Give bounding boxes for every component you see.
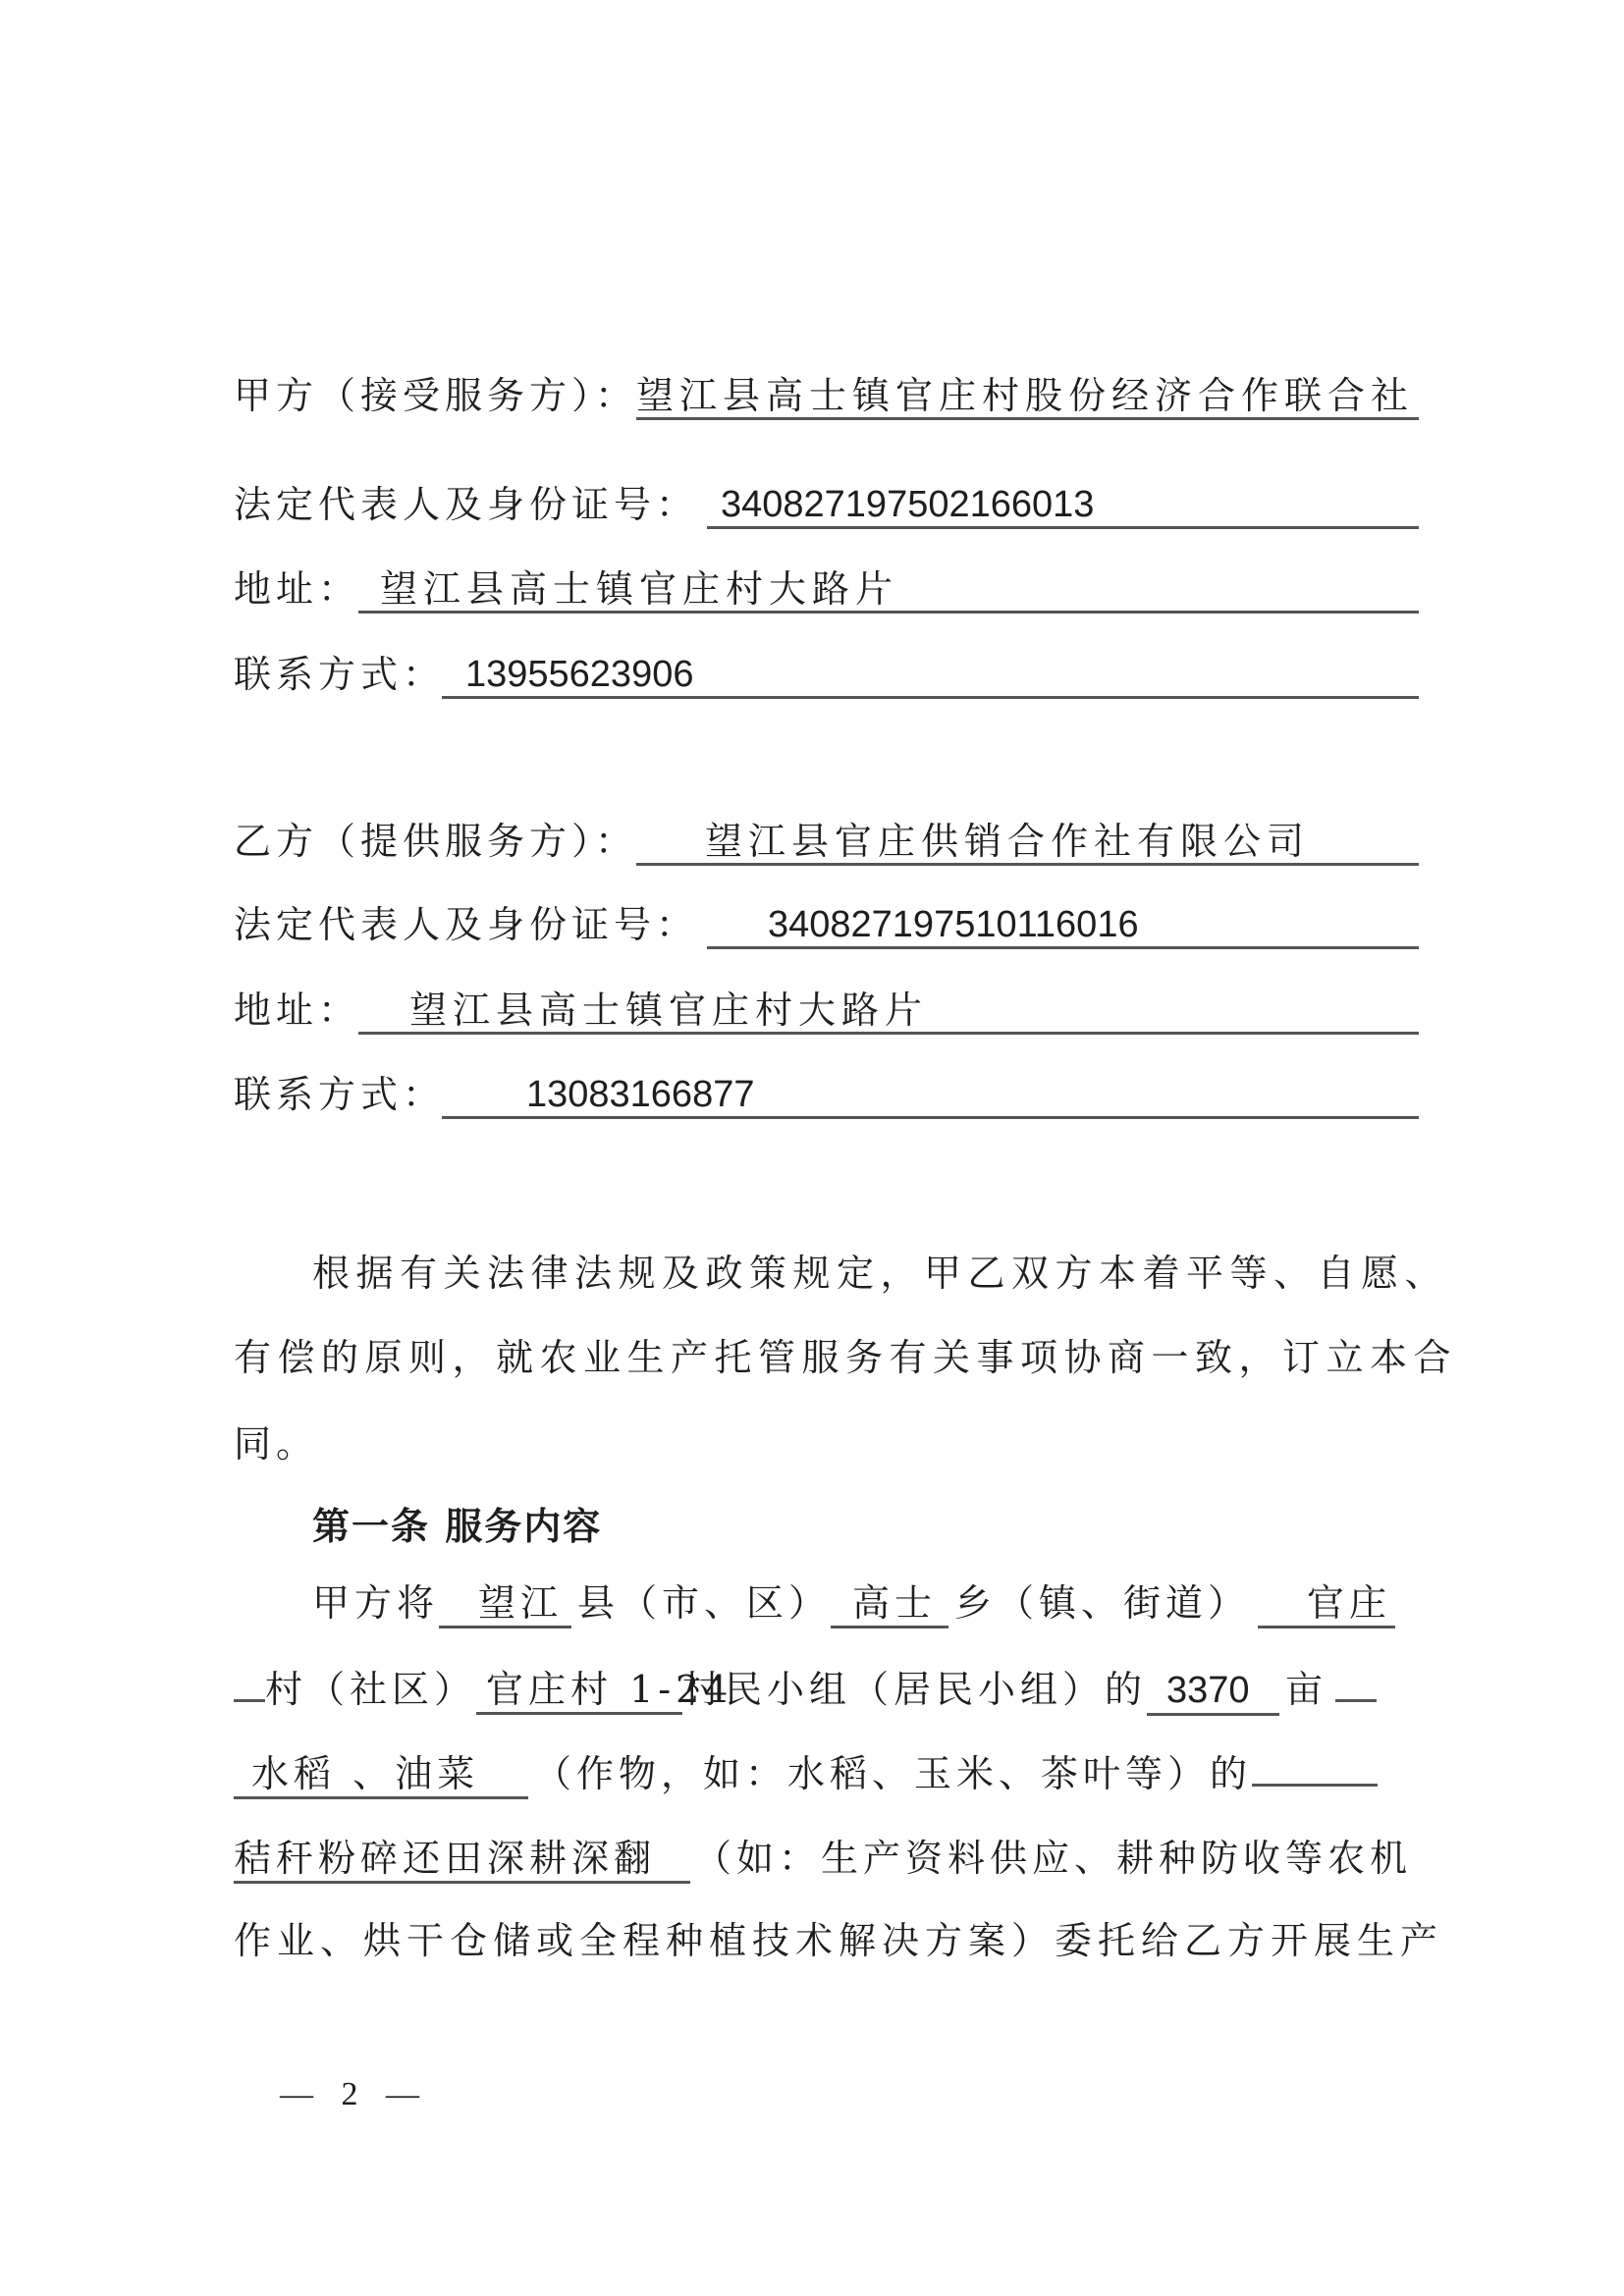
party-a-name-field[interactable]: 望江县高士镇官庄村股份经济合作联合社 xyxy=(636,371,1419,420)
party-a-contact-field[interactable]: 13955623906 xyxy=(442,650,1419,699)
article-1-line-1: 甲方将望江县（市、区）高士乡（镇、街道）官庄 xyxy=(312,1578,1395,1628)
article-1-line-4: 秸秆粉碎还田深耕深翻（如：生产资料供应、耕种防收等农机 xyxy=(234,1834,1412,1883)
party-b-address-label: 地址： xyxy=(234,986,360,1035)
party-a-rep-id-field[interactable]: 340827197502166013 xyxy=(707,480,1419,529)
text-segment: 甲方将 xyxy=(312,1581,439,1625)
text-segment: 县（市、区） xyxy=(577,1581,831,1625)
town-field[interactable]: 高士 xyxy=(831,1580,948,1629)
party-a-contact-label: 联系方式： xyxy=(234,650,445,699)
service-field[interactable]: 秸秆粉碎还田深耕深翻 xyxy=(234,1836,690,1884)
party-a-label: 甲方（接受服务方）： xyxy=(234,371,637,420)
preamble-line-1: 根据有关法律法规及政策规定，甲乙双方本着平等、自愿、 xyxy=(312,1249,1448,1298)
article-1-line-2: 村（社区）官庄村 1-24村民小组（居民小组）的3370亩 xyxy=(234,1665,1377,1714)
article-1-heading: 第一条 服务内容 xyxy=(312,1502,602,1551)
preamble-line-2: 有偿的原则，就农业生产托管服务有关事项协商一致，订立本合 xyxy=(234,1333,1457,1382)
village-field-part1[interactable]: 官庄 xyxy=(1258,1580,1395,1629)
village-field-part2[interactable] xyxy=(234,1699,265,1702)
party-b-name-field[interactable]: 望江县官庄供销合作社有限公司 xyxy=(636,817,1419,866)
party-b-rep-label: 法定代表人及身份证号： xyxy=(234,900,698,949)
party-a-address-field[interactable]: 望江县高士镇官庄村大路片 xyxy=(358,564,1419,614)
text-segment: 村（社区） xyxy=(265,1668,476,1711)
crops-field[interactable]: 水稻 、油菜 xyxy=(234,1751,528,1799)
party-a-rep-label: 法定代表人及身份证号： xyxy=(234,480,698,529)
party-a-address-label: 地址： xyxy=(234,564,360,614)
party-b-label: 乙方（提供服务方）： xyxy=(234,817,637,866)
page-number: — 2 — xyxy=(280,2076,429,2113)
text-segment: （作物，如：水稻、玉米、茶叶等）的 xyxy=(534,1752,1252,1795)
text-segment: （如：生产资料供应、耕种防收等农机 xyxy=(694,1837,1412,1880)
trailing-blank[interactable] xyxy=(1335,1699,1377,1702)
preamble-line-3: 同。 xyxy=(234,1419,318,1468)
party-b-contact-field[interactable]: 13083166877 xyxy=(442,1070,1419,1119)
article-1-line-5: 作业、烘干仓储或全程种植技术解决方案）委托给乙方开展生产 xyxy=(234,1916,1443,1965)
party-b-contact-label: 联系方式： xyxy=(234,1070,445,1119)
area-field[interactable]: 3370 xyxy=(1147,1668,1279,1716)
article-1-line-3: 水稻 、油菜（作物，如：水稻、玉米、茶叶等）的 xyxy=(234,1749,1378,1798)
party-b-rep-id-field[interactable]: 340827197510116016 xyxy=(707,900,1419,949)
text-segment: 乡（镇、街道） xyxy=(954,1581,1250,1625)
county-field[interactable]: 望江 xyxy=(439,1580,571,1629)
text-segment: 村民小组（居民小组）的 xyxy=(682,1668,1147,1711)
party-b-address-field[interactable]: 望江县高士镇官庄村大路片 xyxy=(358,986,1419,1035)
area-unit: 亩 xyxy=(1285,1668,1327,1711)
group-field[interactable]: 官庄村 1-24 xyxy=(476,1667,682,1715)
service-field-part1[interactable] xyxy=(1252,1784,1378,1787)
